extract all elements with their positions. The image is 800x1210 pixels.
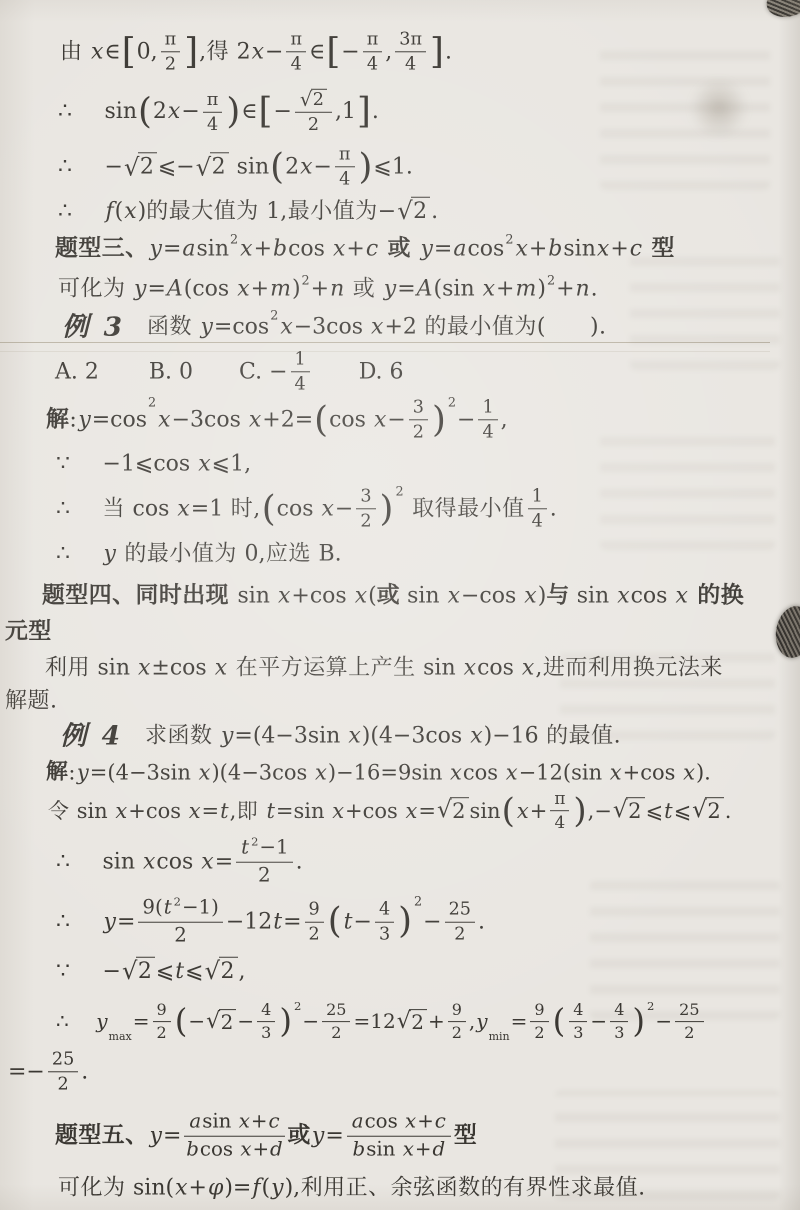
math-text: 2 xyxy=(138,959,152,984)
math-text: + xyxy=(417,1111,434,1134)
fraction-numerator: asin x+c xyxy=(184,1111,284,1137)
fraction: 14 xyxy=(528,486,547,531)
fraction-numerator: 25 xyxy=(445,899,475,922)
superscript: 2 xyxy=(395,486,403,499)
heading-type-four-cont: 元型 xyxy=(5,618,52,647)
spacer xyxy=(73,112,105,113)
big-delimiter: ) xyxy=(358,151,374,183)
fraction-denominator: 4 xyxy=(482,421,493,443)
text-run: : xyxy=(68,759,76,785)
text-run: 可化为 xyxy=(58,275,133,303)
fraction: 43 xyxy=(257,1001,275,1043)
math-text: D. 6 xyxy=(359,358,404,386)
math-text: . xyxy=(550,495,557,523)
spacer xyxy=(73,167,105,168)
square-root: √2 xyxy=(122,957,155,986)
math-text: = xyxy=(117,908,135,936)
math-variable: x xyxy=(320,495,334,523)
math-text: 3 xyxy=(614,1025,624,1043)
math-text: 2 xyxy=(165,55,176,75)
fraction-denominator: 2 xyxy=(534,1023,544,1043)
radicand: 2 xyxy=(138,153,157,182)
math-text: 2 xyxy=(309,925,320,945)
math-text: sin xyxy=(366,1139,402,1162)
math-variable: x xyxy=(616,582,630,610)
example-label: 例 4 xyxy=(60,720,123,753)
math-text: 25 xyxy=(449,899,471,919)
math-text: = xyxy=(418,798,436,824)
big-delimiter: ( xyxy=(327,906,343,938)
spacer xyxy=(71,464,103,465)
example-label: 例 3 xyxy=(62,311,125,344)
math-variable: y xyxy=(133,275,147,303)
math-text: ( xyxy=(115,197,124,225)
radicand: 2 xyxy=(136,957,155,986)
math-text: =1 xyxy=(191,495,223,523)
math-variable: x xyxy=(521,654,535,682)
fraction-numerator: π xyxy=(363,29,383,52)
fraction-numerator: acos x+c xyxy=(347,1111,451,1137)
math-text: + xyxy=(251,275,269,303)
math-variable: y xyxy=(383,275,397,303)
square-root: √2 xyxy=(124,153,157,182)
math-text: =cos xyxy=(214,313,269,341)
math-text: −cos xyxy=(461,582,523,610)
fraction: 252 xyxy=(322,1001,350,1043)
math-text: 4 xyxy=(339,170,350,190)
math-variable: t xyxy=(174,957,185,985)
math-variable: x xyxy=(332,235,346,263)
math-text: − xyxy=(378,197,396,225)
math-text: + xyxy=(254,235,272,263)
fraction: 9(t2−1)2 xyxy=(138,897,222,948)
math-variable: x xyxy=(239,1139,252,1162)
big-delimiter: ) xyxy=(278,1007,293,1036)
math-text: =12 xyxy=(353,1010,395,1035)
math-variable: x xyxy=(236,275,250,303)
math-text: sin xyxy=(230,153,270,181)
spacer xyxy=(125,327,147,328)
math-text: sin xyxy=(202,1111,238,1134)
math-text: ( xyxy=(368,582,377,610)
math-text: 2 xyxy=(140,155,154,180)
bold-text-run: 题型五、 xyxy=(55,1122,149,1151)
math-text: = xyxy=(163,1122,181,1150)
math-variable: b xyxy=(185,1139,200,1162)
math-text: =− xyxy=(8,1058,45,1086)
text-run: 或 xyxy=(345,275,383,303)
math-variable: x xyxy=(514,235,528,263)
math-text: . xyxy=(725,798,732,824)
math-text: = xyxy=(283,908,301,936)
fraction: 14 xyxy=(291,349,310,394)
math-text: 9 xyxy=(452,1001,462,1019)
square-root: √2 xyxy=(692,797,724,824)
math-text: sin( xyxy=(133,1174,174,1202)
math-text: 4 xyxy=(367,55,378,75)
math-text: 2 xyxy=(308,115,319,135)
math-text: + xyxy=(252,1139,269,1162)
math-text: 2 xyxy=(57,1075,68,1095)
big-delimiter: [ xyxy=(121,36,137,68)
fraction: 3π4 xyxy=(395,29,426,74)
math-text: 2 xyxy=(413,199,427,224)
math-variable: x xyxy=(123,197,137,225)
superscript: 2 xyxy=(302,275,310,288)
math-variable: f xyxy=(105,197,115,225)
text-run: ∴ xyxy=(56,1010,69,1035)
math-text: −3cos xyxy=(294,313,370,341)
fraction-denominator: 2 xyxy=(454,923,465,945)
math-text: +2 xyxy=(384,313,416,341)
fraction-numerator: π xyxy=(286,29,306,52)
fraction: t2−12 xyxy=(236,837,292,888)
text-run: ). xyxy=(590,313,607,341)
bold-text-run: 题型四、同时出现 xyxy=(42,582,237,611)
spacer xyxy=(71,971,103,972)
math-variable: x xyxy=(198,759,212,785)
math-text: 0 xyxy=(244,540,258,568)
superscript: 2 xyxy=(294,1001,301,1013)
math-text: )= xyxy=(224,1174,251,1202)
bold-text-run: 的换 xyxy=(689,582,744,611)
math-variable: x xyxy=(188,798,202,824)
math-text: +cos xyxy=(128,798,187,824)
math-variable: x xyxy=(277,582,291,610)
big-delimiter: ) xyxy=(431,404,447,436)
scan-edge-blob xyxy=(772,604,800,661)
big-delimiter: [ xyxy=(258,96,274,128)
fraction: 252 xyxy=(445,899,475,944)
bold-text-run: 元型 xyxy=(5,618,52,647)
text-run: ,最小值为 xyxy=(280,197,378,225)
fraction: 14 xyxy=(478,397,497,442)
fraction-denominator: 4 xyxy=(405,53,416,75)
math-text: 2 xyxy=(221,1010,234,1034)
fraction-numerator: 4 xyxy=(257,1001,275,1022)
math-text: π xyxy=(290,29,302,49)
math-text: + xyxy=(251,1111,268,1134)
math-variable: x xyxy=(523,582,537,610)
text-run: 由 xyxy=(60,38,90,66)
math-text: − xyxy=(188,1010,205,1035)
math-text: −12(sin xyxy=(519,759,609,785)
math-variable: y xyxy=(220,722,234,750)
math-variable: t xyxy=(219,798,229,824)
fraction: π4 xyxy=(203,89,223,134)
math-text: +2= xyxy=(262,406,313,434)
math-variable: y xyxy=(475,1010,488,1035)
math-text: ,1 xyxy=(335,98,356,126)
math-text: + xyxy=(530,798,548,824)
math-text: + xyxy=(556,275,574,303)
math-text: sin xyxy=(77,798,115,824)
math-text: (cos xyxy=(184,275,236,303)
math-variable: x xyxy=(90,38,104,66)
math-text: sin xyxy=(570,582,616,610)
math-text: 2 xyxy=(153,98,167,126)
math-variable: x xyxy=(596,235,610,263)
math-variable: t xyxy=(663,798,673,824)
math-text: − xyxy=(237,1010,254,1035)
math-text: 4 xyxy=(554,814,565,833)
math-text: 2 xyxy=(452,799,465,823)
math-text: , xyxy=(385,38,392,66)
math-text: 2 xyxy=(628,799,641,823)
math-text: sin xyxy=(563,235,596,263)
math-text: +cos xyxy=(623,759,682,785)
math-text: cos xyxy=(200,1139,239,1162)
radicand: 2 xyxy=(626,797,644,824)
example-four-solution-line2: 令 sin x+cos x=t,即 t=sin x+cos x=√2sin(x+… xyxy=(48,789,731,833)
math-variable: A xyxy=(166,275,184,303)
square-root: √2 xyxy=(437,797,469,824)
bold-text-run: 解 xyxy=(46,758,68,785)
square-root: √2 xyxy=(205,957,238,986)
spacer xyxy=(71,922,103,923)
math-text: 4 xyxy=(261,1001,271,1019)
math-variable: A xyxy=(416,275,434,303)
math-text: =sin xyxy=(276,798,331,824)
math-text: . xyxy=(445,38,452,66)
text-run: 的最小值为 xyxy=(117,540,245,568)
inequality-line: ∴−√2⩽−√2 sin(2x−π4)⩽1. xyxy=(58,144,413,189)
math-variable: x xyxy=(482,275,496,303)
math-variable: x xyxy=(167,98,181,126)
example-three-solution-line3: ∴当 cos x=1 时,(cos x−32)2 取得最小值14. xyxy=(56,486,557,531)
math-text: 1 xyxy=(482,397,493,417)
math-text: ⩽1. xyxy=(373,153,412,181)
math-text: sin xyxy=(105,98,138,126)
math-text: , xyxy=(239,957,246,985)
superscript: 2 xyxy=(174,897,181,908)
math-variable: t xyxy=(163,897,173,920)
math-text: 3 xyxy=(573,1025,583,1043)
math-variable: t xyxy=(272,908,283,936)
fraction-denominator: 2 xyxy=(309,923,320,945)
math-text: π xyxy=(367,29,379,49)
big-delimiter: ( xyxy=(261,493,277,525)
math-variable: m xyxy=(514,275,537,303)
bold-text-run: 与 xyxy=(546,582,569,611)
fraction-numerator: 1 xyxy=(478,397,497,420)
math-text: cos xyxy=(631,582,675,610)
text-run: ∴ xyxy=(58,153,73,181)
math-text: 4 xyxy=(482,423,493,443)
math-text: cos xyxy=(467,235,504,263)
math-text: = xyxy=(434,235,452,263)
example-four-solution-line7: =−252. xyxy=(8,1049,88,1094)
math-variable: n xyxy=(575,275,591,303)
fraction-denominator: 2 xyxy=(413,421,424,443)
fraction: asin x+cbcos x+d xyxy=(184,1111,284,1162)
text-run: ∴ xyxy=(56,495,71,523)
math-variable: x xyxy=(370,313,384,341)
math-variable: y xyxy=(149,235,163,263)
math-variable: x xyxy=(404,1111,417,1134)
math-text: (sin xyxy=(434,275,482,303)
math-variable: f xyxy=(251,1174,261,1202)
fraction: 32 xyxy=(409,397,428,442)
math-variable: x xyxy=(373,406,387,434)
math-text: cos xyxy=(365,1111,404,1134)
math-text: . xyxy=(591,275,598,303)
math-text: ) xyxy=(537,275,546,303)
math-text: . xyxy=(81,1058,88,1086)
math-variable: x xyxy=(279,313,293,341)
math-text: 4 xyxy=(573,1001,583,1019)
math-variable: a xyxy=(181,235,196,263)
bleedthrough-ghost-text xyxy=(555,1090,780,1200)
math-variable: c xyxy=(434,1111,447,1134)
fraction: acos x+cbsin x+d xyxy=(347,1111,451,1162)
big-delimiter: ( xyxy=(269,151,285,183)
radicand: 2 xyxy=(219,957,238,986)
math-variable: x xyxy=(200,848,214,876)
fraction-numerator: π xyxy=(203,89,223,112)
math-text: =(4−3sin xyxy=(90,759,198,785)
spacer xyxy=(69,1022,95,1023)
scanned-textbook-page: 由 x∈[0,π2],得 2x−π4∈[−π4,3π4].∴sin(2x−π4)… xyxy=(0,0,800,1210)
math-text: = xyxy=(163,235,181,263)
spacer xyxy=(313,372,359,373)
math-text: ). xyxy=(696,759,711,785)
math-text: 2 xyxy=(454,925,465,945)
type-three-transform-line: 可化为 y=A(cos x+m)2+n 或 y=A(sin x+m)2+n. xyxy=(58,275,598,303)
math-text: −1⩽cos xyxy=(103,450,198,478)
math-text: ±cos xyxy=(151,654,213,682)
spacer xyxy=(99,372,149,373)
fraction-numerator: 9 xyxy=(305,899,324,922)
math-text: 2 xyxy=(157,1025,167,1043)
math-text: 2 xyxy=(258,865,271,888)
math-variable: a xyxy=(351,1111,365,1134)
math-text: 4 xyxy=(207,115,218,135)
math-text: 2 xyxy=(221,959,235,984)
math-variable: x xyxy=(214,654,228,682)
text-run: 令 xyxy=(48,798,77,824)
heading-type-four: 题型四、同时出现 sin x+cos x(或 sin x−cos x)与 sin… xyxy=(42,582,744,611)
math-variable: x xyxy=(347,722,361,750)
math-variable: x xyxy=(157,406,171,434)
math-variable: x xyxy=(449,759,463,785)
superscript: 2 xyxy=(251,837,258,848)
math-variable: b xyxy=(272,235,288,263)
math-variable: x xyxy=(354,582,368,610)
fraction-numerator: √2 xyxy=(295,89,332,113)
math-text: 2 xyxy=(452,1025,462,1043)
fraction-denominator: 4 xyxy=(532,510,543,532)
fraction-numerator: 3π xyxy=(395,29,426,52)
math-variable: x xyxy=(176,495,190,523)
bold-text-run: 或 xyxy=(377,582,400,611)
math-text: . xyxy=(431,197,438,225)
math-text: 9 xyxy=(157,1001,167,1019)
math-variable: c xyxy=(267,1111,280,1134)
math-variable: t xyxy=(343,908,354,936)
math-variable: n xyxy=(329,275,345,303)
math-text: + xyxy=(496,275,514,303)
math-variable: x xyxy=(197,450,211,478)
math-text: 2 xyxy=(707,799,720,823)
math-variable: t xyxy=(240,837,250,860)
fraction: 43 xyxy=(569,1001,587,1043)
type-four-method-line2: 解题. xyxy=(5,687,58,715)
math-text: cos xyxy=(156,848,200,876)
text-run: 解题. xyxy=(5,687,58,715)
math-text: sin xyxy=(237,582,277,610)
math-text: B. xyxy=(318,540,341,568)
math-variable: x xyxy=(674,582,688,610)
bleedthrough-ghost-text xyxy=(560,640,775,740)
math-text: − xyxy=(341,38,359,66)
math-text: + xyxy=(529,235,547,263)
text-run: 函数 xyxy=(147,313,200,341)
square-root: √2 xyxy=(397,197,430,226)
fraction: π4 xyxy=(286,29,306,74)
math-text: + xyxy=(415,1139,432,1162)
fraction: 92 xyxy=(153,1001,171,1043)
math-text: sin xyxy=(470,798,501,824)
math-variable: x xyxy=(682,759,696,785)
math-variable: d xyxy=(269,1139,284,1162)
fraction-numerator: π xyxy=(335,144,355,167)
math-text: −1) xyxy=(182,897,219,920)
text-run: ∵ xyxy=(56,957,71,985)
math-text: = xyxy=(133,1010,150,1035)
example-four-solution-line1: 解:y=(4−3sin x)(4−3cos x)−16=9sin xcos x−… xyxy=(46,758,711,785)
math-text: B. 0 xyxy=(149,358,193,386)
math-variable: y xyxy=(77,406,91,434)
spacer xyxy=(546,327,590,328)
math-text: ∈ xyxy=(241,98,257,126)
math-text: )(4−3cos xyxy=(362,722,469,750)
math-text: 2 xyxy=(360,512,371,532)
subscript: min xyxy=(489,1031,510,1042)
math-text: 1 xyxy=(532,486,543,506)
text-run: ∴ xyxy=(58,197,73,225)
fraction-numerator: 9(t2−1) xyxy=(138,897,222,923)
math-text: π xyxy=(165,29,177,49)
fraction: √22 xyxy=(295,89,332,135)
radicand: 2 xyxy=(705,797,723,824)
math-variable: x xyxy=(174,1174,188,1202)
superscript: 2 xyxy=(270,311,278,324)
math-variable: x xyxy=(299,153,313,181)
math-text: cos xyxy=(477,654,521,682)
math-text: ) xyxy=(538,582,547,610)
text-run: 的最大值为 xyxy=(146,197,266,225)
math-text: 2 xyxy=(534,1025,544,1043)
text-run: ∴ xyxy=(56,540,71,568)
bleedthrough-ghost-text xyxy=(600,40,770,190)
text-run: 可化为 xyxy=(58,1174,133,1202)
math-variable: x xyxy=(251,38,265,66)
math-text: 3 xyxy=(379,925,390,945)
math-variable: b xyxy=(352,1139,367,1162)
math-text: sin xyxy=(423,654,463,682)
heading-type-three: 题型三、y=asin2x+bcos x+c 或 y=acos2x+bsinx+c… xyxy=(55,235,675,264)
math-variable: x xyxy=(239,235,253,263)
radicand: 2 xyxy=(409,1009,427,1035)
big-delimiter: ( xyxy=(552,1007,567,1036)
math-text: sin xyxy=(197,235,230,263)
fraction-denominator: 4 xyxy=(295,373,306,395)
math-text: )−16 xyxy=(484,722,539,750)
math-variable: x xyxy=(469,722,483,750)
math-text: − xyxy=(181,98,199,126)
math-text: sin xyxy=(400,582,446,610)
